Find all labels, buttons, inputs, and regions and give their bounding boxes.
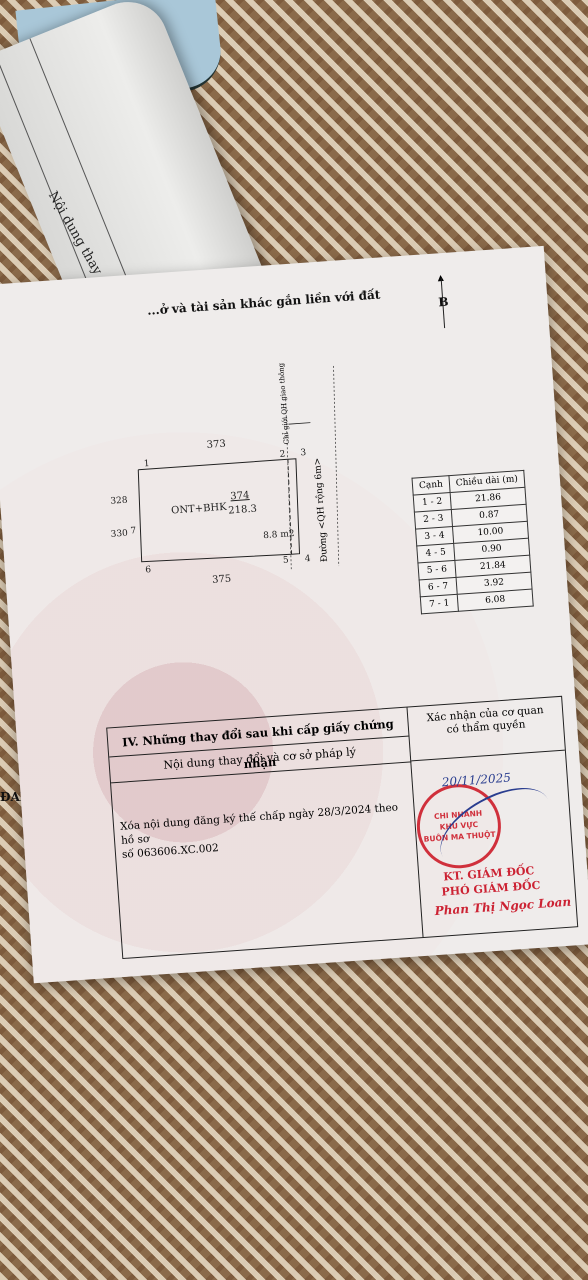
parcel-id: 374 (230, 490, 250, 502)
neighbor-west-upper: 328 (110, 496, 128, 507)
confirmation-date: 20/11/2025 (441, 771, 511, 790)
vertex-label: 2 (279, 449, 285, 459)
vertex-label: 4 (305, 554, 311, 564)
certificate-page: ...ở và tài sản khác gắn liền với đất ▲ … (0, 246, 588, 983)
vertex-label: 3 (300, 448, 306, 458)
plot-outline (102, 364, 375, 582)
changes-section: IV. Những thay đổi sau khi cấp giấy chứn… (106, 696, 578, 959)
edges-table: Cạnh Chiều dài (m) 1 - 221.86 2 - 30.87 … (411, 470, 533, 615)
edge-id: 7 - 1 (420, 594, 458, 614)
neighbor-north: 373 (206, 439, 226, 451)
north-label: B (438, 295, 449, 310)
change-entry: Xóa nội dung đăng ký thế chấp ngày 28/3/… (120, 800, 412, 862)
section-header: ...ở và tài sản khác gắn liền với đất (147, 287, 381, 317)
vertex-label: 5 (283, 555, 289, 565)
vertex-label: 1 (144, 459, 150, 469)
neighbor-south: 375 (212, 574, 232, 586)
changes-col2-header: Xác nhận của cơ quan có thẩm quyền (408, 697, 565, 762)
signer-name: Phan Thị Ngọc Loan (434, 895, 571, 918)
neighbor-west-lower: 330 (110, 529, 128, 540)
column-divider (410, 761, 423, 937)
parcel-area: 218.3 (228, 504, 257, 517)
plot-plan: 373 375 328 330 ONT+BHK 374 218.3 8.8 m2… (102, 364, 375, 582)
vertex-label: 6 (145, 565, 151, 575)
vertex-label: 7 (130, 526, 136, 536)
